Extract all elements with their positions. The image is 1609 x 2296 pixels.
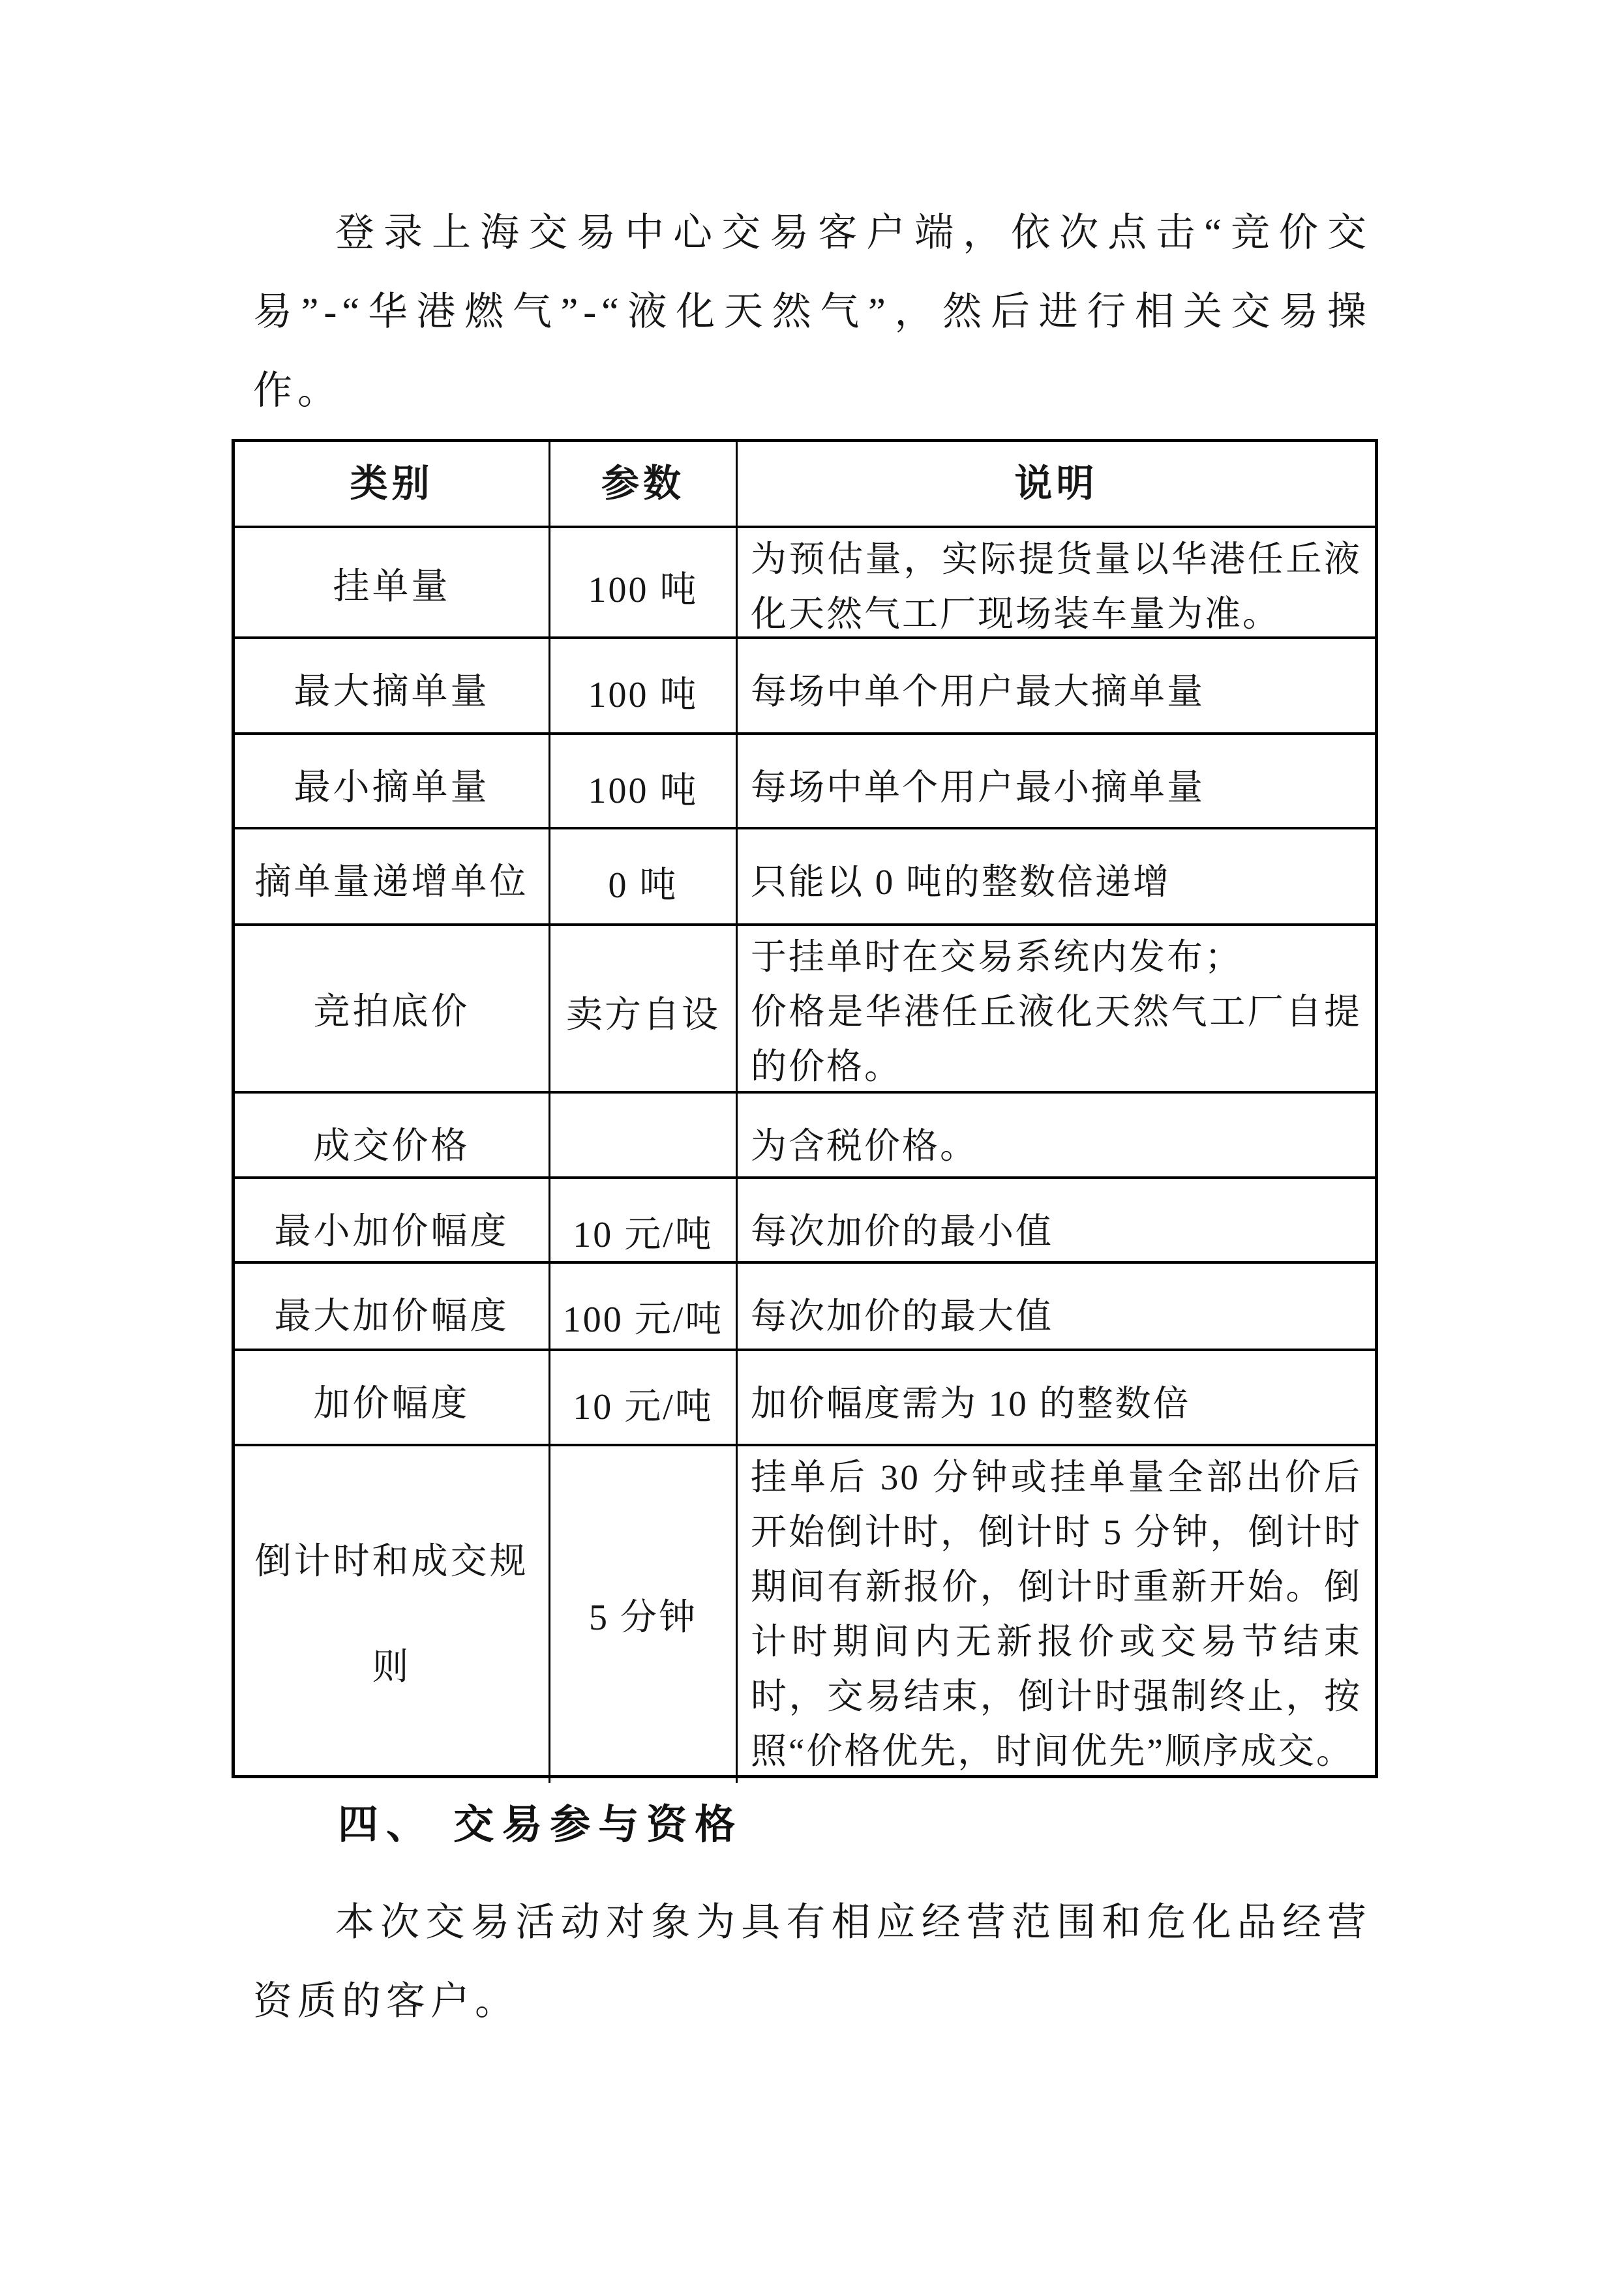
- category-cell: 竞拍底价: [235, 926, 550, 1098]
- parameter-cell: 卖方自设: [550, 926, 738, 1098]
- table-row: 最大摘单量 100 吨 每场中单个用户最大摘单量: [235, 639, 1375, 735]
- description-cell: 于挂单时在交易系统内发布； 价格是华港任丘液化天然气工厂自提的价格。: [738, 926, 1375, 1098]
- table-row: 倒计时和成交规则 5 分钟 挂单后 30 分钟或挂单量全部出价后开始倒计时，倒计…: [235, 1446, 1375, 1775]
- parameter-cell: 10 元/吨: [550, 1351, 738, 1457]
- parameter-cell: 100 吨: [550, 735, 738, 841]
- intro-paragraph: 登录上海交易中心交易客户端，依次点击“竞价交易”-“华港燃气”-“液化天然气”，…: [253, 194, 1372, 430]
- parameter-cell: 100 吨: [550, 528, 738, 646]
- table-row: 挂单量 100 吨 为预估量，实际提货量以华港任丘液化天然气工厂现场装车量为准。: [235, 528, 1375, 639]
- table-row: 加价幅度 10 元/吨 加价幅度需为 10 的整数倍: [235, 1351, 1375, 1446]
- description-cell: 加价幅度需为 10 的整数倍: [738, 1351, 1375, 1457]
- table-row: 最小加价幅度 10 元/吨 每次加价的最小值: [235, 1179, 1375, 1264]
- category-cell: 最小摘单量: [235, 735, 550, 841]
- description-cell: 只能以 0 吨的整数倍递增: [738, 829, 1375, 935]
- header-description: 说明: [738, 442, 1375, 526]
- category-cell: 摘单量递增单位: [235, 829, 550, 935]
- parameter-cell: 100 吨: [550, 639, 738, 745]
- table-row: 最大加价幅度 100 元/吨 每次加价的最大值: [235, 1264, 1375, 1351]
- parameter-cell: 5 分钟: [550, 1446, 738, 1783]
- description-cell: 每场中单个用户最小摘单量: [738, 735, 1375, 841]
- table-row: 成交价格 为含税价格。: [235, 1094, 1375, 1179]
- header-parameter: 参数: [550, 442, 738, 526]
- table-row: 摘单量递增单位 0 吨 只能以 0 吨的整数倍递增: [235, 829, 1375, 926]
- section-heading: 四、 交易参与资格: [338, 1792, 743, 1850]
- table-row: 竞拍底价 卖方自设 于挂单时在交易系统内发布； 价格是华港任丘液化天然气工厂自提…: [235, 926, 1375, 1094]
- table-header-row: 类别 参数 说明: [235, 442, 1375, 528]
- category-cell: 挂单量: [235, 528, 550, 646]
- description-cell: 挂单后 30 分钟或挂单量全部出价后开始倒计时，倒计时 5 分钟，倒计时期间有新…: [738, 1446, 1375, 1783]
- category-cell: 倒计时和成交规则: [235, 1446, 550, 1783]
- trade-parameters-table: 类别 参数 说明 挂单量 100 吨 为预估量，实际提货量以华港任丘液化天然气工…: [232, 439, 1378, 1778]
- description-cell: 每场中单个用户最大摘单量: [738, 639, 1375, 745]
- table-row: 最小摘单量 100 吨 每场中单个用户最小摘单量: [235, 735, 1375, 829]
- category-cell: 加价幅度: [235, 1351, 550, 1457]
- closing-paragraph: 本次交易活动对象为具有相应经营范围和危化品经营资质的客户。: [253, 1883, 1372, 2041]
- document-page: 登录上海交易中心交易客户端，依次点击“竞价交易”-“华港燃气”-“液化天然气”，…: [0, 0, 1609, 2296]
- description-cell: 为预估量，实际提货量以华港任丘液化天然气工厂现场装车量为准。: [738, 528, 1375, 646]
- category-cell: 最大摘单量: [235, 639, 550, 745]
- header-category: 类别: [235, 442, 550, 526]
- parameter-cell: 0 吨: [550, 829, 738, 935]
